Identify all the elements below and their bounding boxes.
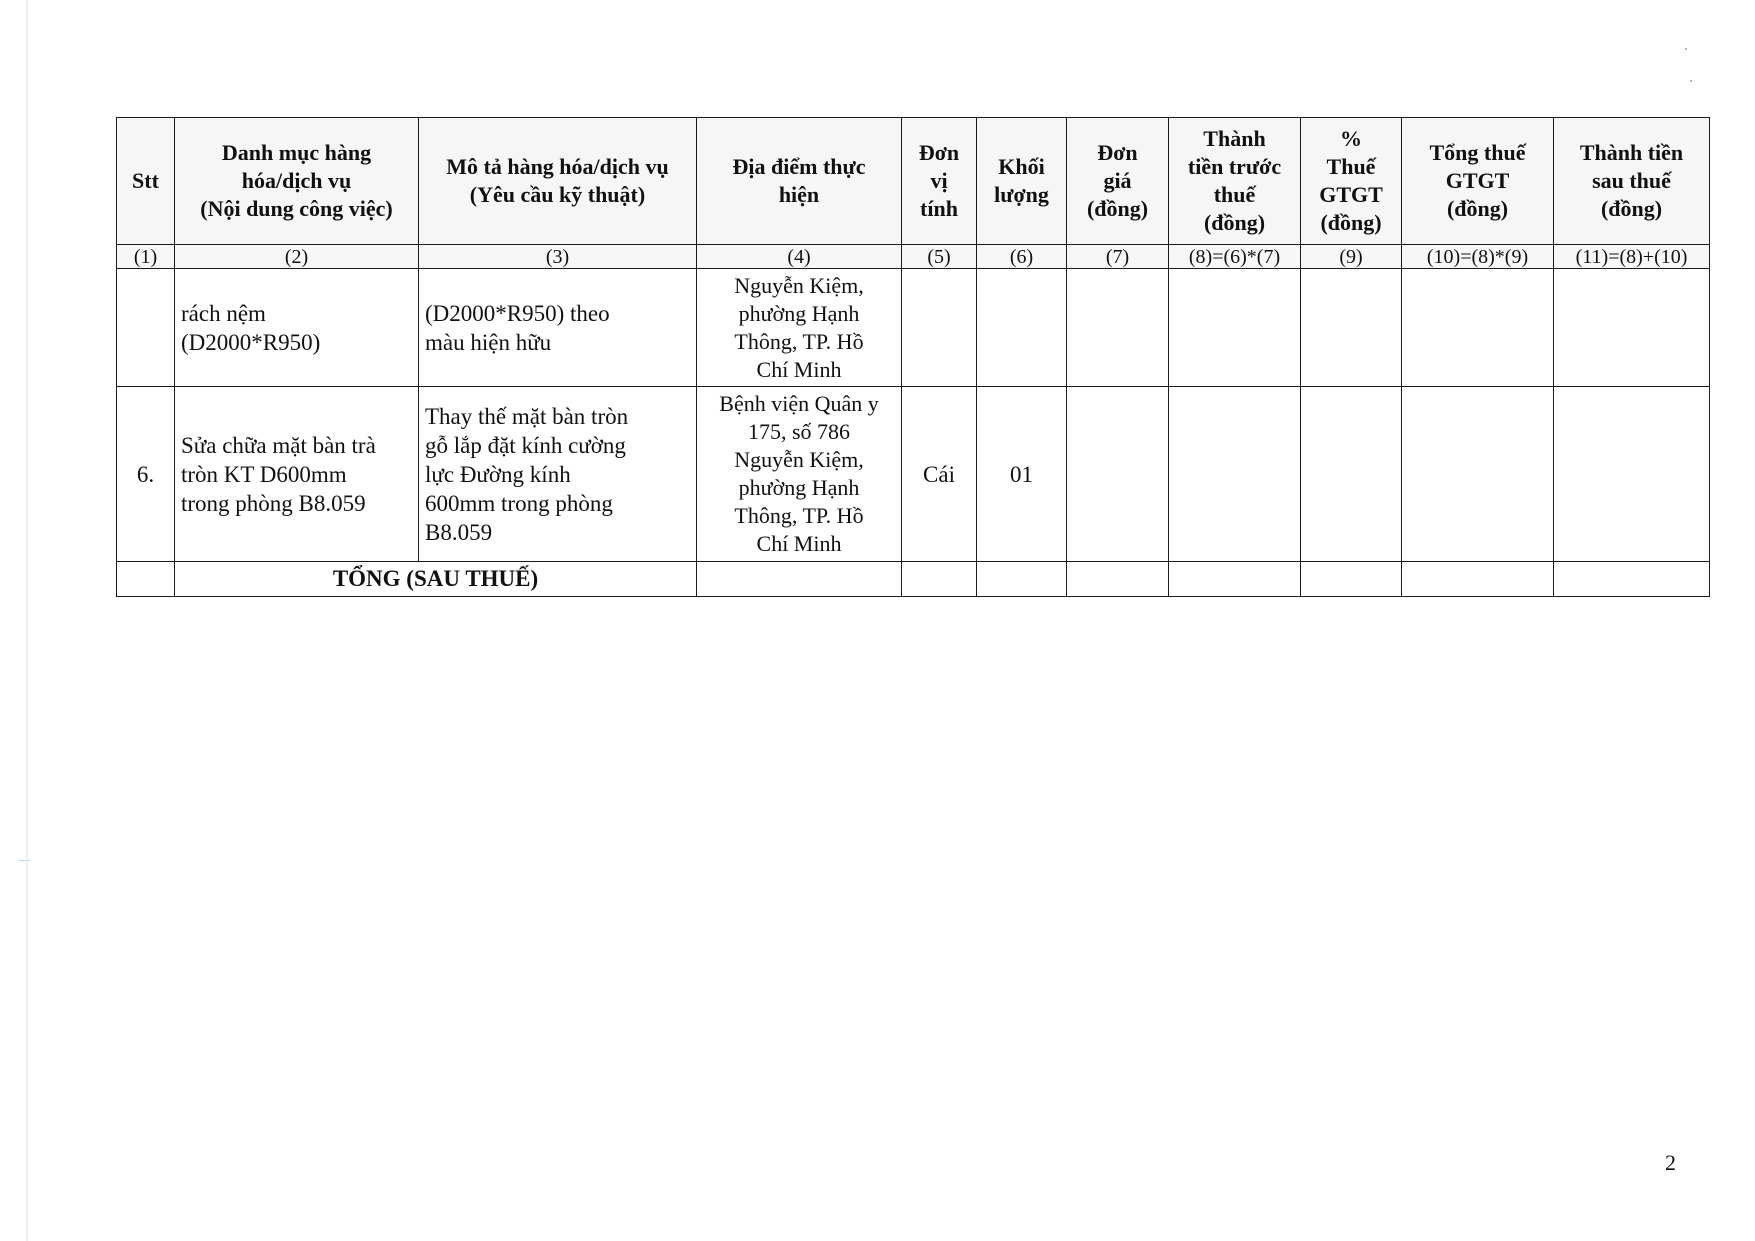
total-row: TỔNG (SAU THUẾ) <box>117 562 1710 597</box>
unit-price-cell <box>1067 387 1169 562</box>
total-cell <box>1169 562 1301 597</box>
header-row: SttDanh mục hànghóa/dịch vụ(Nội dung côn… <box>117 118 1710 245</box>
amount-after-tax-cell <box>1554 387 1710 562</box>
description-cell: (D2000*R950) theomàu hiện hữu <box>419 269 697 387</box>
item-cell: Sửa chữa mặt bàn tràtròn KT D600mmtrong … <box>175 387 419 562</box>
header-location: Địa điểm thựchiện <box>697 118 902 245</box>
column-number-row: (1)(2)(3)(4)(5)(6)(7)(8)=(6)*(7)(9)(10)=… <box>117 245 1710 269</box>
column-number-item: (2) <box>175 245 419 269</box>
location-cell: Bệnh viện Quân y175, số 786Nguyễn Kiệm,p… <box>697 387 902 562</box>
scan-speck <box>1690 80 1692 82</box>
column-number-quantity: (6) <box>977 245 1067 269</box>
column-number-description: (3) <box>419 245 697 269</box>
table-row: rách nệm(D2000*R950) (D2000*R950) theomà… <box>117 269 1710 387</box>
total-cell <box>1402 562 1554 597</box>
header-quantity: Khốilượng <box>977 118 1067 245</box>
column-number-stt: (1) <box>117 245 175 269</box>
column-number-unit: (5) <box>902 245 977 269</box>
header-unit-price: Đơngiá(đồng) <box>1067 118 1169 245</box>
header-item: Danh mục hànghóa/dịch vụ(Nội dung công v… <box>175 118 419 245</box>
table-row: 6. Sửa chữa mặt bàn tràtròn KT D600mmtro… <box>117 387 1710 562</box>
amount-before-tax-cell <box>1169 387 1301 562</box>
quantity-cell <box>977 269 1067 387</box>
column-number-vat-percent: (9) <box>1301 245 1402 269</box>
amount-before-tax-cell <box>1169 269 1301 387</box>
page-number: 2 <box>1665 1150 1676 1176</box>
total-stt-cell <box>117 562 175 597</box>
vat-total-cell <box>1402 387 1554 562</box>
vat-percent-cell <box>1301 269 1402 387</box>
scan-speck <box>1685 48 1687 50</box>
total-label: TỔNG (SAU THUẾ) <box>175 562 697 597</box>
total-cell <box>1301 562 1402 597</box>
header-vat-total: Tổng thuếGTGT(đồng) <box>1402 118 1554 245</box>
unit-cell: Cái <box>902 387 977 562</box>
unit-price-cell <box>1067 269 1169 387</box>
header-amount-after-tax: Thành tiềnsau thuế(đồng) <box>1554 118 1710 245</box>
scan-mark <box>18 860 30 861</box>
location-cell: Nguyễn Kiệm,phường HạnhThông, TP. HồChí … <box>697 269 902 387</box>
header-vat-percent: %ThuếGTGT(đồng) <box>1301 118 1402 245</box>
total-cell <box>697 562 902 597</box>
description-cell: Thay thế mặt bàn tròngỗ lắp đặt kính cườ… <box>419 387 697 562</box>
total-cell <box>977 562 1067 597</box>
header-stt: Stt <box>117 118 175 245</box>
header-amount-before-tax: Thànhtiền trướcthuế(đồng) <box>1169 118 1301 245</box>
item-cell: rách nệm(D2000*R950) <box>175 269 419 387</box>
header-description: Mô tả hàng hóa/dịch vụ(Yêu cầu kỹ thuật) <box>419 118 697 245</box>
stt-cell <box>117 269 175 387</box>
quantity-cell: 01 <box>977 387 1067 562</box>
column-number-vat-total: (10)=(8)*(9) <box>1402 245 1554 269</box>
total-value-cell <box>1554 562 1710 597</box>
column-number-unit-price: (7) <box>1067 245 1169 269</box>
vat-total-cell <box>1402 269 1554 387</box>
total-cell <box>1067 562 1169 597</box>
column-number-location: (4) <box>697 245 902 269</box>
header-unit: Đơnvịtính <box>902 118 977 245</box>
scan-edge <box>26 0 28 1241</box>
unit-cell <box>902 269 977 387</box>
amount-after-tax-cell <box>1554 269 1710 387</box>
column-number-amount-before-tax: (8)=(6)*(7) <box>1169 245 1301 269</box>
total-cell <box>902 562 977 597</box>
vat-percent-cell <box>1301 387 1402 562</box>
stt-cell: 6. <box>117 387 175 562</box>
column-number-amount-after-tax: (11)=(8)+(10) <box>1554 245 1710 269</box>
bill-of-quantities-table: SttDanh mục hànghóa/dịch vụ(Nội dung côn… <box>116 117 1710 597</box>
